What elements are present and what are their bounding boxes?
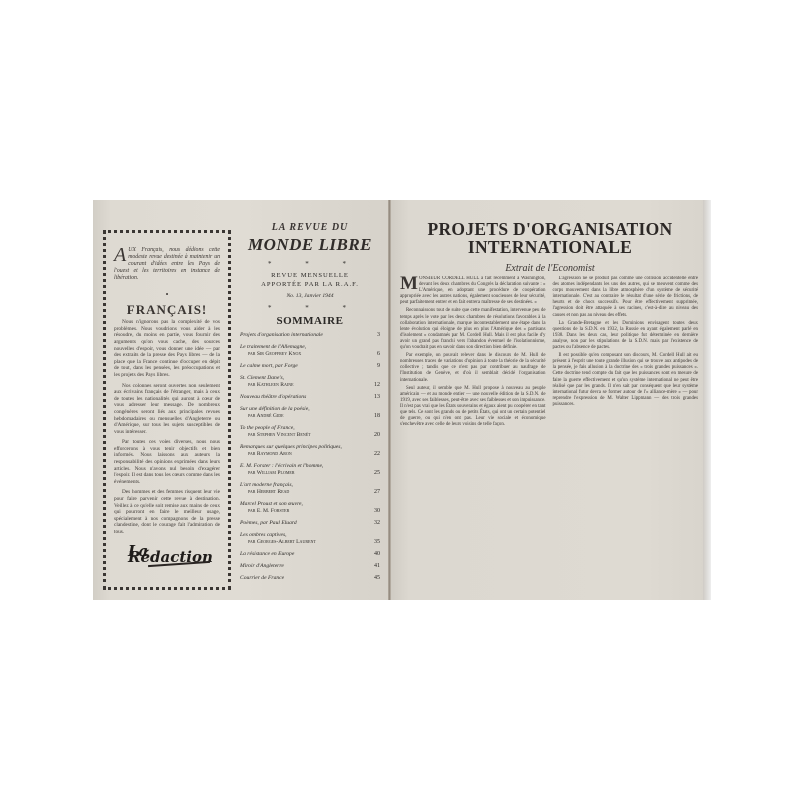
toc-entry-page: 35 (364, 539, 380, 546)
article-title: PROJETS D'ORGANISATION INTERNATIONALE (392, 220, 708, 256)
toc-entry-text: Le calme mort, par Forge (240, 363, 350, 370)
toc-entry-page: 6 (364, 351, 380, 358)
article-dropcap: M (400, 276, 418, 291)
toc-entry[interactable]: Courrier de France45 (240, 575, 380, 582)
toc-entry-text: Les ombres captives,par Georges-Albert L… (240, 532, 350, 546)
editorial-paragraph: Par toutes ces voies diverses, nous nous… (114, 439, 220, 485)
toc-entry-title: La résistance en Europe (240, 551, 294, 557)
toc-entry-page: 45 (364, 575, 380, 582)
toc-entry-title: Projets d'organisation internationale (240, 332, 323, 338)
toc-entry[interactable]: Remarques sur quelques principes politiq… (240, 444, 380, 458)
toc-entry[interactable]: Miroir d'Angleterre41 (240, 563, 380, 570)
toc-entry-title: Le calme mort, par Forge (240, 363, 298, 369)
toc-entry-page: 20 (364, 432, 380, 439)
article-paragraph: L'agression ne se produit pas comme une … (553, 276, 699, 319)
editorial-paragraph: Nous n'ignorons pas la complexité de vos… (114, 319, 220, 378)
toc-entry[interactable]: E. M. Forster : l'écrivain et l'homme,pa… (240, 463, 380, 477)
toc-entry[interactable]: Le traitement de l'Allemagne,par Sir Geo… (240, 344, 380, 358)
toc-entry[interactable]: Marcel Proust et son œuvre,par E. M. For… (240, 501, 380, 515)
toc-entry[interactable]: Le calme mort, par Forge9 (240, 363, 380, 370)
toc-entry-text: Sur une définition de la poésie,par Andr… (240, 406, 350, 420)
toc-entry-title: Courrier de France (240, 575, 284, 581)
article-paragraph: Seul auteur, il semble que M. Hull propo… (400, 386, 546, 429)
toc-entry-text: St. Clement Dane's,par Kathleen Raine (240, 375, 350, 389)
article-body: M ONSIEUR CORDELL HULL a fait récemment … (400, 276, 698, 598)
toc-entry[interactable]: La résistance en Europe40 (240, 551, 380, 558)
article-lead-paragraph: M ONSIEUR CORDELL HULL a fait récemment … (400, 276, 546, 306)
toc-entry-page: 30 (364, 508, 380, 515)
toc-entry-page: 40 (364, 551, 380, 558)
article-paragraph: La Grande-Bretagne et les Dominions envi… (553, 321, 699, 351)
page-edge (703, 200, 711, 600)
toc-entry-page: 13 (364, 394, 380, 401)
article-subtitle: Extrait de l'Economist (392, 263, 708, 274)
article-lead-text: ONSIEUR CORDELL HULL a fait récemment à … (400, 276, 546, 305)
masthead-line1: LA REVUE DU (240, 222, 380, 233)
toc-entry-text: E. M. Forster : l'écrivain et l'homme,pa… (240, 463, 350, 477)
star-divider: * * * (250, 304, 380, 312)
toc-entry-author: par Herbert Read (240, 489, 350, 496)
toc-entry-author: par André Gide (240, 413, 350, 420)
toc-entry-author: par William Plomer (240, 470, 350, 477)
toc-entry[interactable]: Poèmes, par Paul Eluard32 (240, 520, 380, 527)
toc-entry-title: Le traitement de l'Allemagne, (240, 344, 306, 350)
toc-entry[interactable]: To the people of France,par Stephen Vinc… (240, 425, 380, 439)
toc-entry[interactable]: Sur une définition de la poésie,par Andr… (240, 406, 380, 420)
intro-dedication: A UX Français, nous dédions cette modest… (114, 247, 220, 282)
toc-entry-page: 27 (364, 489, 380, 496)
editorial-heading: FRANÇAIS! (114, 307, 220, 314)
article-paragraph: Reconnaissons tout de suite que cette ma… (400, 308, 546, 351)
editorial-paragraph: Des hommes et des femmes risquent leur v… (114, 489, 220, 535)
toc-entry-title: To the people of France, (240, 425, 295, 431)
toc-entry-text: To the people of France,par Stephen Vinc… (240, 425, 350, 439)
toc-entry-author: par Kathleen Raine (240, 382, 350, 389)
toc-entry-text: Remarques sur quelques principes politiq… (240, 444, 350, 458)
toc-entry-page: 22 (364, 451, 380, 458)
toc-entry-title: Nouveau théâtre d'opérations (240, 394, 306, 400)
toc-entry-text: L'art moderne français,par Herbert Read (240, 482, 350, 496)
toc-entry-title: E. M. Forster : l'écrivain et l'homme, (240, 463, 323, 469)
toc-entry-title: Marcel Proust et son œuvre, (240, 501, 303, 507)
toc-entry[interactable]: Projets d'organisation internationale3 (240, 332, 380, 339)
toc-entry-text: Le traitement de l'Allemagne,par Sir Geo… (240, 344, 350, 358)
masthead-subtitle-2: APPORTÉE PAR LA R.A.F. (240, 280, 380, 289)
toc-entry-page: 3 (364, 332, 380, 339)
star-divider: * * * (250, 260, 380, 268)
toc-entry-title: Remarques sur quelques principes politiq… (240, 444, 342, 450)
toc-entry-text: Marcel Proust et son œuvre,par E. M. For… (240, 501, 350, 515)
toc-entry[interactable]: L'art moderne français,par Herbert Read2… (240, 482, 380, 496)
toc-entry-text: Miroir d'Angleterre (240, 563, 350, 570)
article-paragraph: Par exemple, on pouvait relever dans le … (400, 353, 546, 383)
toc-entry-author: par Raymond Aron (240, 451, 350, 458)
toc-entry-title: Sur une définition de la poésie, (240, 406, 310, 412)
toc-entry-author: par Sir Geoffrey Knox (240, 351, 350, 358)
toc-entry-text: Courrier de France (240, 575, 350, 582)
intro-text: UX Français, nous dédions cette modeste … (114, 247, 220, 281)
toc-entry[interactable]: Nouveau théâtre d'opérations13 (240, 394, 380, 401)
article-column-1: M ONSIEUR CORDELL HULL a fait récemment … (400, 276, 546, 598)
toc-entry-text: Projets d'organisation internationale (240, 332, 350, 339)
toc-entry-page: 18 (364, 413, 380, 420)
toc-entry-title: Les ombres captives, (240, 532, 287, 538)
editorial-paragraph: Nos colonnes seront ouvertes non seuleme… (114, 383, 220, 436)
toc-entry-page: 32 (364, 520, 380, 527)
page-spine (388, 200, 391, 600)
editorial-frame: A UX Français, nous dédions cette modest… (103, 230, 231, 590)
toc-entry-author: par E. M. Forster (240, 508, 350, 515)
masthead-title: MONDE LIBRE (240, 235, 380, 255)
toc-entry-text: La résistance en Europe (240, 551, 350, 558)
toc-entry-text: Poèmes, par Paul Eluard (240, 520, 350, 527)
table-of-contents: Projets d'organisation internationale3Le… (240, 332, 380, 582)
toc-entry-author: par Stephen Vincent Benét (240, 432, 350, 439)
toc-entry[interactable]: St. Clement Dane's,par Kathleen Raine12 (240, 375, 380, 389)
toc-entry-title: L'art moderne français, (240, 482, 293, 488)
toc-heading: SOMMAIRE (240, 315, 380, 327)
asterisk-divider: • (114, 292, 220, 299)
toc-entry-page: 12 (364, 382, 380, 389)
intro-dropcap: A (114, 247, 126, 263)
toc-entry-page: 41 (364, 563, 380, 570)
toc-entry[interactable]: Les ombres captives,par Georges-Albert L… (240, 532, 380, 546)
toc-entry-title: St. Clement Dane's, (240, 375, 284, 381)
article-column-2: L'agression ne se produit pas comme une … (553, 276, 699, 598)
toc-entry-author: par Georges-Albert Laurent (240, 539, 350, 546)
toc-entry-title: Poèmes, par Paul Eluard (240, 520, 297, 526)
masthead-column: LA REVUE DU MONDE LIBRE * * * REVUE MENS… (240, 222, 380, 587)
toc-entry-text: Nouveau théâtre d'opérations (240, 394, 350, 401)
toc-entry-page: 9 (364, 363, 380, 370)
article-paragraph: Il est possible qu'en composant son disc… (553, 353, 699, 408)
toc-entry-title: Miroir d'Angleterre (240, 563, 284, 569)
signature: La Rédaction (128, 548, 220, 561)
toc-entry-page: 25 (364, 470, 380, 477)
issue-info: No. 13, Janvier 1944 (240, 293, 380, 299)
masthead-subtitle-1: REVUE MENSUELLE (240, 271, 380, 280)
